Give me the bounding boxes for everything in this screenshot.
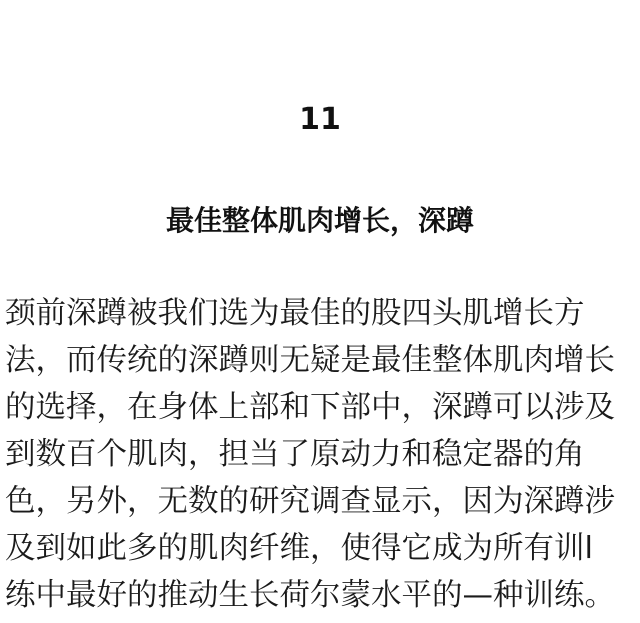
body-line: 颈前深蹲被我们选为最佳的股四头肌增长方 bbox=[5, 290, 637, 337]
body-line: 练中最好的推动生长荷尔蒙水平的—种训练。 bbox=[5, 572, 637, 619]
body-line: 法，而传统的深蹲则无疑是最佳整体肌肉增长 bbox=[5, 337, 637, 384]
body-paragraph: 颈前深蹲被我们选为最佳的股四头肌增长方 法，而传统的深蹲则无疑是最佳整体肌肉增长… bbox=[5, 290, 637, 619]
section-number: 11 bbox=[0, 100, 640, 140]
body-line: 到数百个肌肉，担当了原动力和稳定器的角 bbox=[5, 431, 637, 478]
body-line: 的选择，在身体上部和下部中，深蹲可以涉及 bbox=[5, 384, 637, 431]
section-title: 最佳整体肌肉增长，深蹲 bbox=[0, 199, 640, 243]
body-line: 及到如此多的肌肉纤维，使得它成为所有训l bbox=[5, 525, 637, 572]
body-line: 色，另外，无数的研究调查显示，因为深蹲涉 bbox=[5, 478, 637, 525]
